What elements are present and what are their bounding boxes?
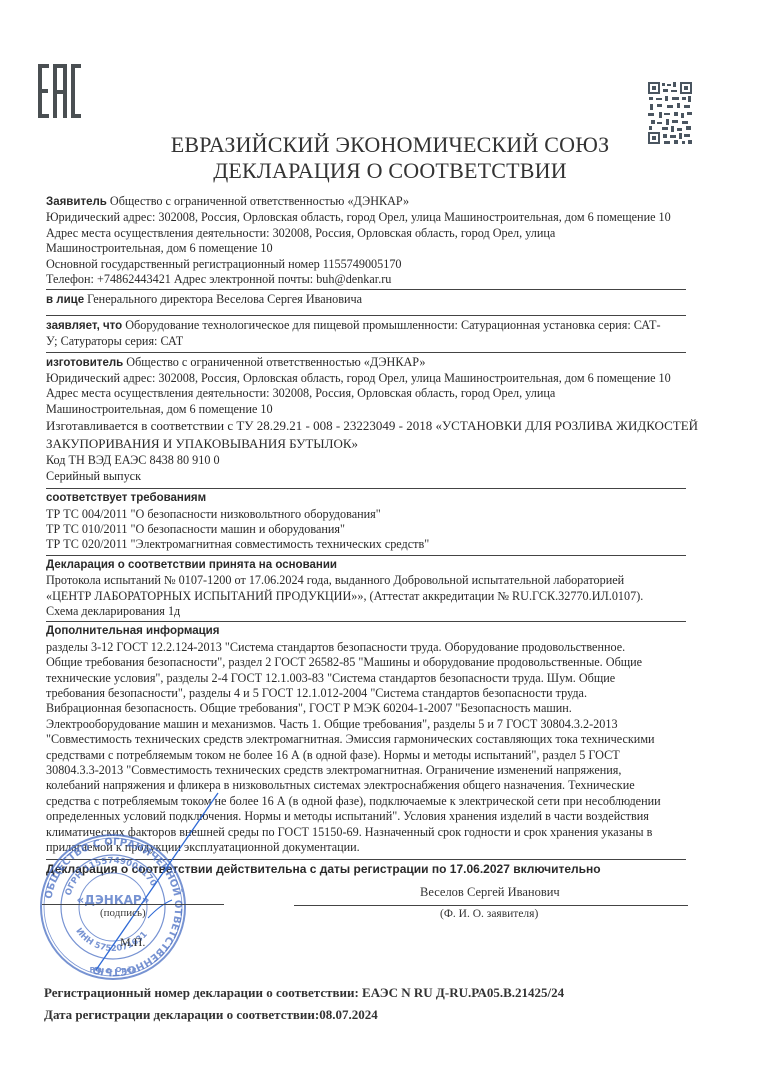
registration-date: Дата регистрации декларации о соответств… — [44, 1004, 564, 1026]
signature-line — [42, 904, 224, 905]
registration-number: Регистрационный номер декларации о соотв… — [44, 982, 564, 1004]
registration-block: Регистрационный номер декларации о соотв… — [44, 982, 564, 1026]
signer-caption: (Ф. И. О. заявителя) — [440, 908, 538, 920]
signature-caption: (подпись) — [100, 907, 146, 919]
signer-line — [294, 905, 688, 906]
signer-name: Веселов Сергей Иванович — [420, 885, 560, 900]
seal-caption: М.П. — [120, 935, 145, 950]
